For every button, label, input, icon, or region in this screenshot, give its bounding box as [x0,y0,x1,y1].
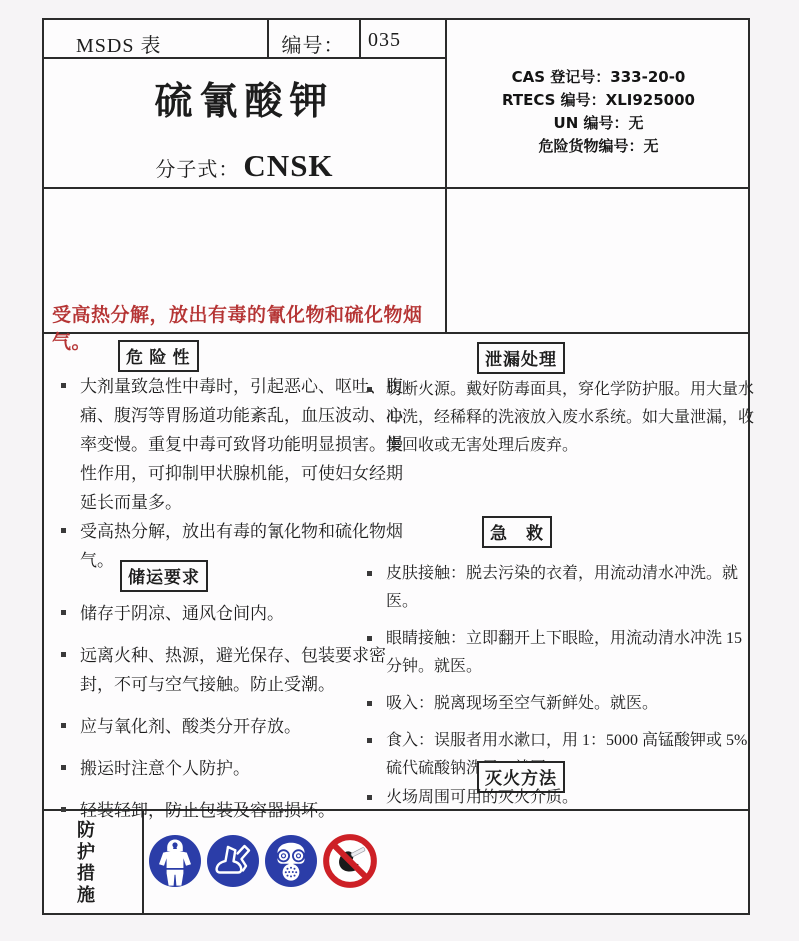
first-aid-item: 皮肤接触：脱去污染的衣着，用流动清水冲洗。就医。 [360,560,756,616]
protection-label-char: 措 [58,863,114,885]
hazard-list: 大剂量致急性中毒时，引起恶心、呕吐、腹痛、腹泻等胃肠道功能紊乱，血压波动、心率变… [54,372,404,575]
storage-item: 远离火种、热源，避光保存、包装要求密封，不可与空气接触。防止受潮。 [54,641,404,699]
formula-label: 分子式： [155,153,239,182]
protective-suit-icon [148,834,202,888]
form-title: MSDS 表 [76,29,161,58]
storage-item: 搬运时注意个人防护。 [54,754,404,783]
number-label: 编号： [267,29,359,58]
identifier-line: RTECS 编号：XLI925000 [447,89,750,112]
identifier-block: CAS 登记号：333-20-0RTECS 编号：XLI925000UN 编号：… [447,66,750,158]
leak-item: 切断火源。戴好防毒面具，穿化学防护服。用大量水冲洗，经稀释的洗液放入废水系统。如… [360,376,756,460]
divider-title-bottom [44,187,748,189]
identifier-line: UN 编号：无 [447,112,750,135]
protection-label: 防护措施 [58,820,114,906]
hazard-item: 受高热分解，放出有毒的氰化物和硫化物烟气。 [54,517,404,575]
section-title-leak: 泄漏处理 [477,342,565,374]
storage-list: 储存于阴凉、通风仓间内。远离火种、热源，避光保存、包装要求密封，不可与空气接触。… [54,599,404,838]
protective-boots-icon [206,834,260,888]
fire-list: 火场周围可用的灭火介质。 [360,784,756,812]
formula-row: 分子式： CNSK [44,148,445,184]
msds-document: MSDS 表 编号： 035 硫氰酸钾 分子式： CNSK CAS 登记号：33… [0,0,799,941]
leak-list: 切断火源。戴好防毒面具，穿化学防护服。用大量水冲洗，经稀释的洗液放入废水系统。如… [360,376,756,460]
formula-value: CNSK [243,148,333,184]
section-title-first-aid: 急 救 [482,516,552,548]
identifier-line: 危险货物编号：无 [447,135,750,158]
msds-sheet: MSDS 表 编号： 035 硫氰酸钾 分子式： CNSK CAS 登记号：33… [42,18,750,915]
no-smoking-eating-icon [322,833,378,889]
storage-item: 储存于阴凉、通风仓间内。 [54,599,404,628]
section-title-storage: 储运要求 [120,560,208,592]
identifier-line: CAS 登记号：333-20-0 [447,66,750,89]
protection-label-char: 施 [58,885,114,907]
warning-text: 受高热分解，放出有毒的氰化物和硫化物烟气。 [52,300,445,354]
divider-header-2 [359,20,361,57]
protection-label-char: 防 [58,820,114,842]
number-value: 035 [368,29,445,52]
first-aid-list: 皮肤接触：脱去污染的衣着，用流动清水冲洗。就医。眼睛接触：立即翻开上下眼睑，用流… [360,560,756,783]
protection-icons [148,833,378,889]
substance-name: 硫氰酸钾 [44,70,445,125]
storage-item: 应与氧化剂、酸类分开存放。 [54,712,404,741]
hazard-item: 大剂量致急性中毒时，引起恶心、呕吐、腹痛、腹泻等胃肠道功能紊乱，血压波动、心率变… [54,372,404,517]
fire-item: 火场周围可用的灭火介质。 [360,784,756,812]
first-aid-item: 眼睛接触：立即翻开上下眼睑，用流动清水冲洗 15 分钟。就医。 [360,625,756,681]
first-aid-item: 吸入：脱离现场至空气新鲜处。就医。 [360,690,756,718]
protection-label-char: 护 [58,842,114,864]
section-title-hazard: 危 险 性 [118,340,199,372]
gas-mask-icon [264,834,318,888]
